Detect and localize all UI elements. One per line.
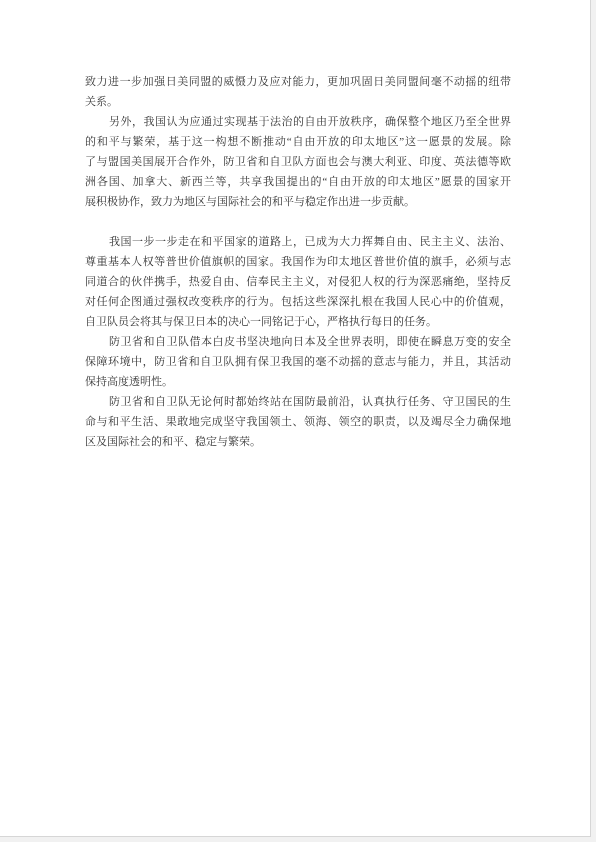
paragraph: 防卫省和自卫队借本白皮书坚决地向日本及全世界表明，即使在瞬息万变的安全 保障环境… — [85, 332, 511, 392]
paragraph: 我国一步一步走在和平国家的道路上，已成为大力挥舞自由、民主主义、法治、 尊重基本… — [85, 232, 511, 332]
text-line: 保障环境中，防卫省和自卫队拥有保卫我国的毫不动摇的意志与能力，并且，其活动 — [85, 352, 511, 372]
text-line: 自卫队员会将其与保卫日本的决心一同铭记于心，严格执行每日的任务。 — [85, 312, 511, 332]
text-line: 同道合的伙伴携手，热爱自由、信奉民主主义，对侵犯人权的行为深恶痛绝，坚持反 — [85, 272, 511, 292]
text-line: 展积极协作，致力为地区与国际社会的和平与稳定作出进一步贡献。 — [85, 192, 511, 212]
text-line: 另外，我国认为应通过实现基于法治的自由开放秩序，确保整个地区乃至全世界 — [85, 112, 511, 132]
text-line: 的和平与繁荣，基于这一构想不断推动“自由开放的印太地区”这一愿景的发展。除 — [85, 132, 511, 152]
text-line: 防卫省和自卫队无论何时都始终站在国防最前沿，认真执行任务、守卫国民的生 — [85, 392, 511, 412]
text-line: 关系。 — [85, 92, 511, 112]
text-line: 对任何企图通过强权改变秩序的行为。包括这些深深扎根在我国人民心中的价值观， — [85, 292, 511, 312]
text-line: 防卫省和自卫队借本白皮书坚决地向日本及全世界表明，即使在瞬息万变的安全 — [85, 332, 511, 352]
text-line: 洲各国、加拿大、新西兰等，共享我国提出的“自由开放的印太地区”愿景的国家开 — [85, 172, 511, 192]
text-line: 命与和平生活、果敢地完成坚守我国领土、领海、领空的职责，以及竭尽全力确保地 — [85, 412, 511, 432]
viewer-background: 致力进一步加强日美同盟的威慑力及应对能力，更加巩固日美同盟间毫不动摇的纽带 关系… — [0, 0, 596, 842]
paragraph: 防卫省和自卫队无论何时都始终站在国防最前沿，认真执行任务、守卫国民的生 命与和平… — [85, 392, 511, 452]
text-line: 我国一步一步走在和平国家的道路上，已成为大力挥舞自由、民主主义、法治、 — [85, 232, 511, 252]
text-line: 了与盟国美国展开合作外，防卫省和自卫队方面也会与澳大利亚、印度、英法德等欧 — [85, 152, 511, 172]
text-line: 致力进一步加强日美同盟的威慑力及应对能力，更加巩固日美同盟间毫不动摇的纽带 — [85, 72, 511, 92]
text-line: 尊重基本人权等普世价值旗帜的国家。我国作为印太地区普世价值的旗手，必须与志 — [85, 252, 511, 272]
document-page: 致力进一步加强日美同盟的威慑力及应对能力，更加巩固日美同盟间毫不动摇的纽带 关系… — [0, 0, 591, 837]
text-block: 致力进一步加强日美同盟的威慑力及应对能力，更加巩固日美同盟间毫不动摇的纽带 关系… — [85, 72, 511, 452]
paragraph: 另外，我国认为应通过实现基于法治的自由开放秩序，确保整个地区乃至全世界 的和平与… — [85, 112, 511, 212]
text-line: 区及国际社会的和平、稳定与繁荣。 — [85, 432, 511, 452]
text-line: 保持高度透明性。 — [85, 372, 511, 392]
paragraph: 致力进一步加强日美同盟的威慑力及应对能力，更加巩固日美同盟间毫不动摇的纽带 关系… — [85, 72, 511, 112]
